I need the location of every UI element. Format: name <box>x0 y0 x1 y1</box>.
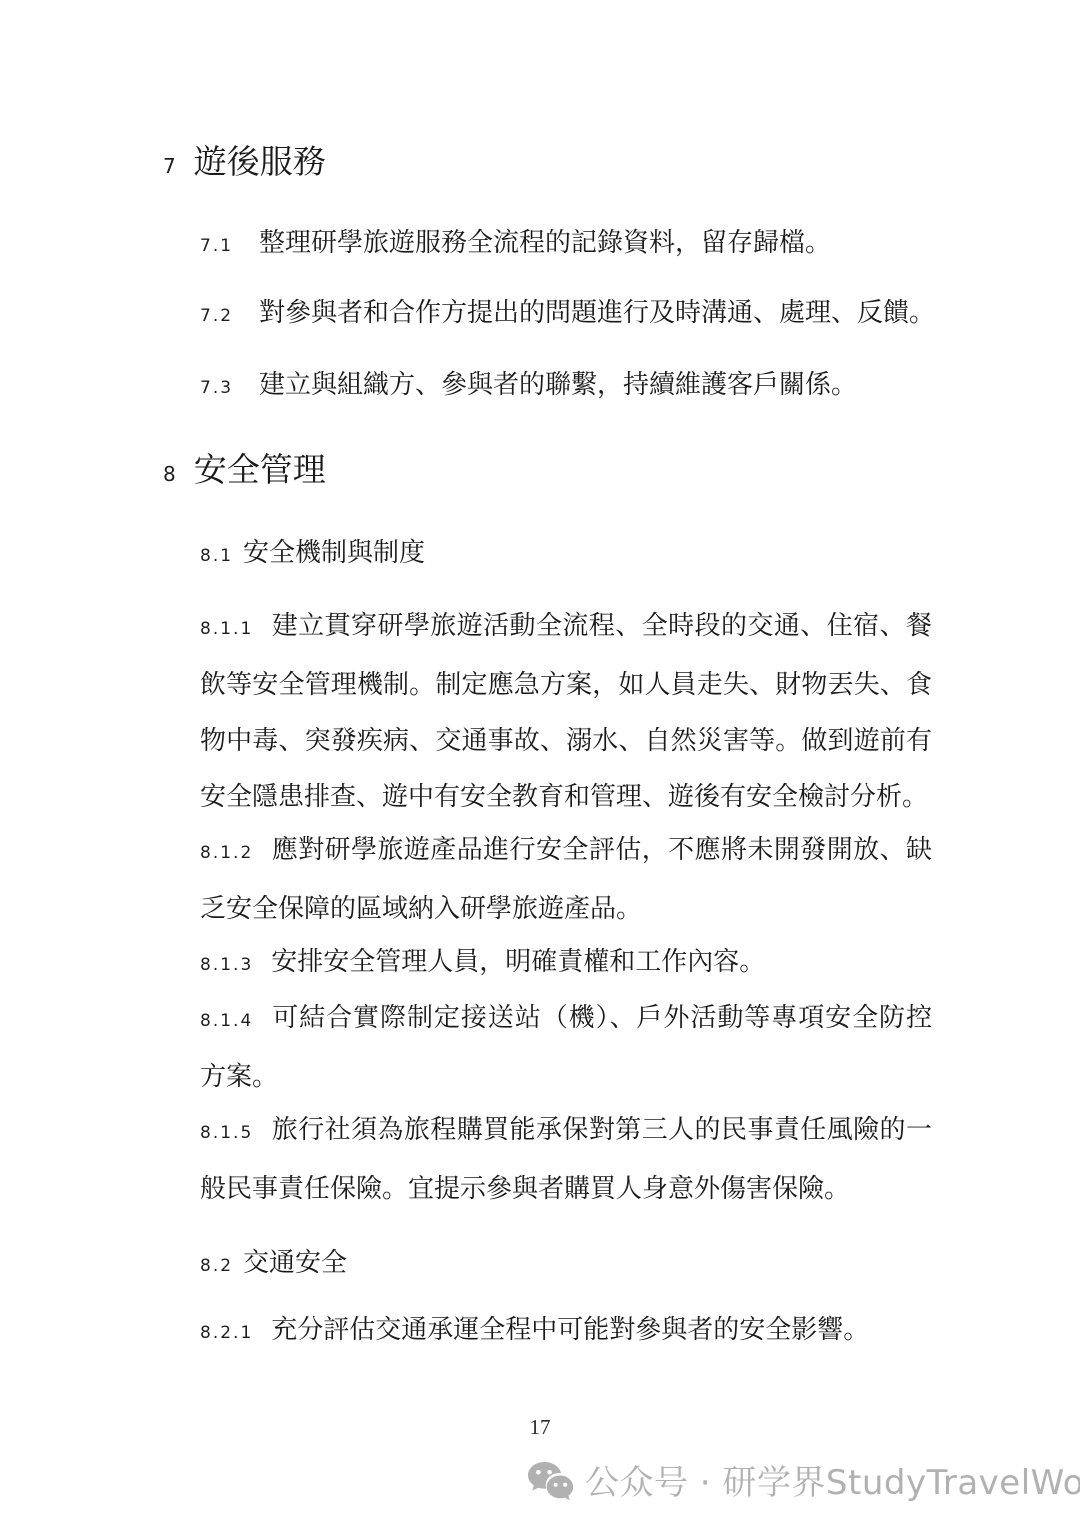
clause-8-1-2: 8.1.2應對研學旅遊產品進行安全評估，不應將未開發開放、缺乏安全保障的區域納入… <box>200 822 932 937</box>
subsection-number: 8.2 <box>200 1256 233 1276</box>
section-7-heading: 7遊後服務 <box>163 141 895 188</box>
clause-8-1-1: 8.1.1建立貫穿研學旅遊活動全流程、全時段的交通、住宿、餐飲等安全管理機制。制… <box>200 598 932 825</box>
clause-number: 7.2 <box>200 306 233 326</box>
page-number: 17 <box>0 1414 1080 1440</box>
section-8-heading: 8安全管理 <box>163 449 895 496</box>
clause-8-1-5: 8.1.5旅行社須為旅程購買能承保對第三人的民事責任風險的一般民事責任保險。宜提… <box>200 1102 932 1217</box>
clause-8-1-3: 8.1.3安排安全管理人員，明確責權和工作內容。 <box>200 934 932 993</box>
section-number: 8 <box>163 462 177 486</box>
clause-number: 8.2.1 <box>200 1323 253 1343</box>
clause-number: 8.1.2 <box>200 843 253 863</box>
clause-7-1: 7.1整理研學旅遊服務全流程的記錄資料，留存歸檔。 <box>200 215 932 274</box>
subsection-title: 交通安全 <box>243 1248 347 1277</box>
clause-text: 充分評估交通承運全程中可能對參與者的安全影響。 <box>271 1315 869 1344</box>
clause-text: 整理研學旅遊服務全流程的記錄資料，留存歸檔。 <box>259 228 831 257</box>
clause-text: 應對研學旅遊產品進行安全評估，不應將未開發開放、缺乏安全保障的區域納入研學旅遊產… <box>200 835 932 923</box>
section-title: 遊後服務 <box>194 145 326 181</box>
clause-text: 建立貫穿研學旅遊活動全流程、全時段的交通、住宿、餐飲等安全管理機制。制定應急方案… <box>200 611 932 811</box>
clause-text: 安排安全管理人員，明確責權和工作內容。 <box>271 947 765 976</box>
clause-number: 8.1.1 <box>200 619 253 639</box>
clause-number: 7.3 <box>200 378 233 398</box>
clause-text: 對參與者和合作方提出的問題進行及時溝通、處理、反饋。 <box>259 298 935 327</box>
wechat-icon <box>527 1460 575 1506</box>
clause-number: 7.1 <box>200 236 233 256</box>
clause-text: 可結合實際制定接送站（機）、戶外活動等專項安全防控方案。 <box>200 1003 932 1091</box>
section-title: 安全管理 <box>194 453 326 489</box>
subsection-number: 8.1 <box>200 546 233 566</box>
clause-7-2: 7.2對參與者和合作方提出的問題進行及時溝通、處理、反饋。 <box>200 285 932 344</box>
clause-8-1-4: 8.1.4可結合實際制定接送站（機）、戶外活動等專項安全防控方案。 <box>200 990 932 1105</box>
watermark: 公众号 · 研学界StudyTravelWorld <box>527 1460 1080 1506</box>
clause-8-2-1: 8.2.1充分評估交通承運全程中可能對參與者的安全影響。 <box>200 1302 932 1361</box>
clause-number: 8.1.4 <box>200 1011 253 1031</box>
section-number: 7 <box>163 154 177 178</box>
clause-text: 建立與組織方、參與者的聯繫，持續維護客戶關係。 <box>259 370 857 399</box>
subsection-title: 安全機制與制度 <box>243 538 425 567</box>
document-page: 7遊後服務 7.1整理研學旅遊服務全流程的記錄資料，留存歸檔。 7.2對參與者和… <box>0 0 1080 1527</box>
subsection-8-1-heading: 8.1安全機制與制度 <box>200 525 932 584</box>
clause-text: 旅行社須為旅程購買能承保對第三人的民事責任風險的一般民事責任保險。宜提示參與者購… <box>200 1115 932 1203</box>
clause-number: 8.1.5 <box>200 1123 253 1143</box>
clause-number: 8.1.3 <box>200 955 253 975</box>
subsection-8-2-heading: 8.2交通安全 <box>200 1235 932 1294</box>
clause-7-3: 7.3建立與組織方、參與者的聯繫，持續維護客戶關係。 <box>200 357 932 416</box>
watermark-text: 公众号 · 研学界StudyTravelWorld <box>585 1460 1080 1506</box>
